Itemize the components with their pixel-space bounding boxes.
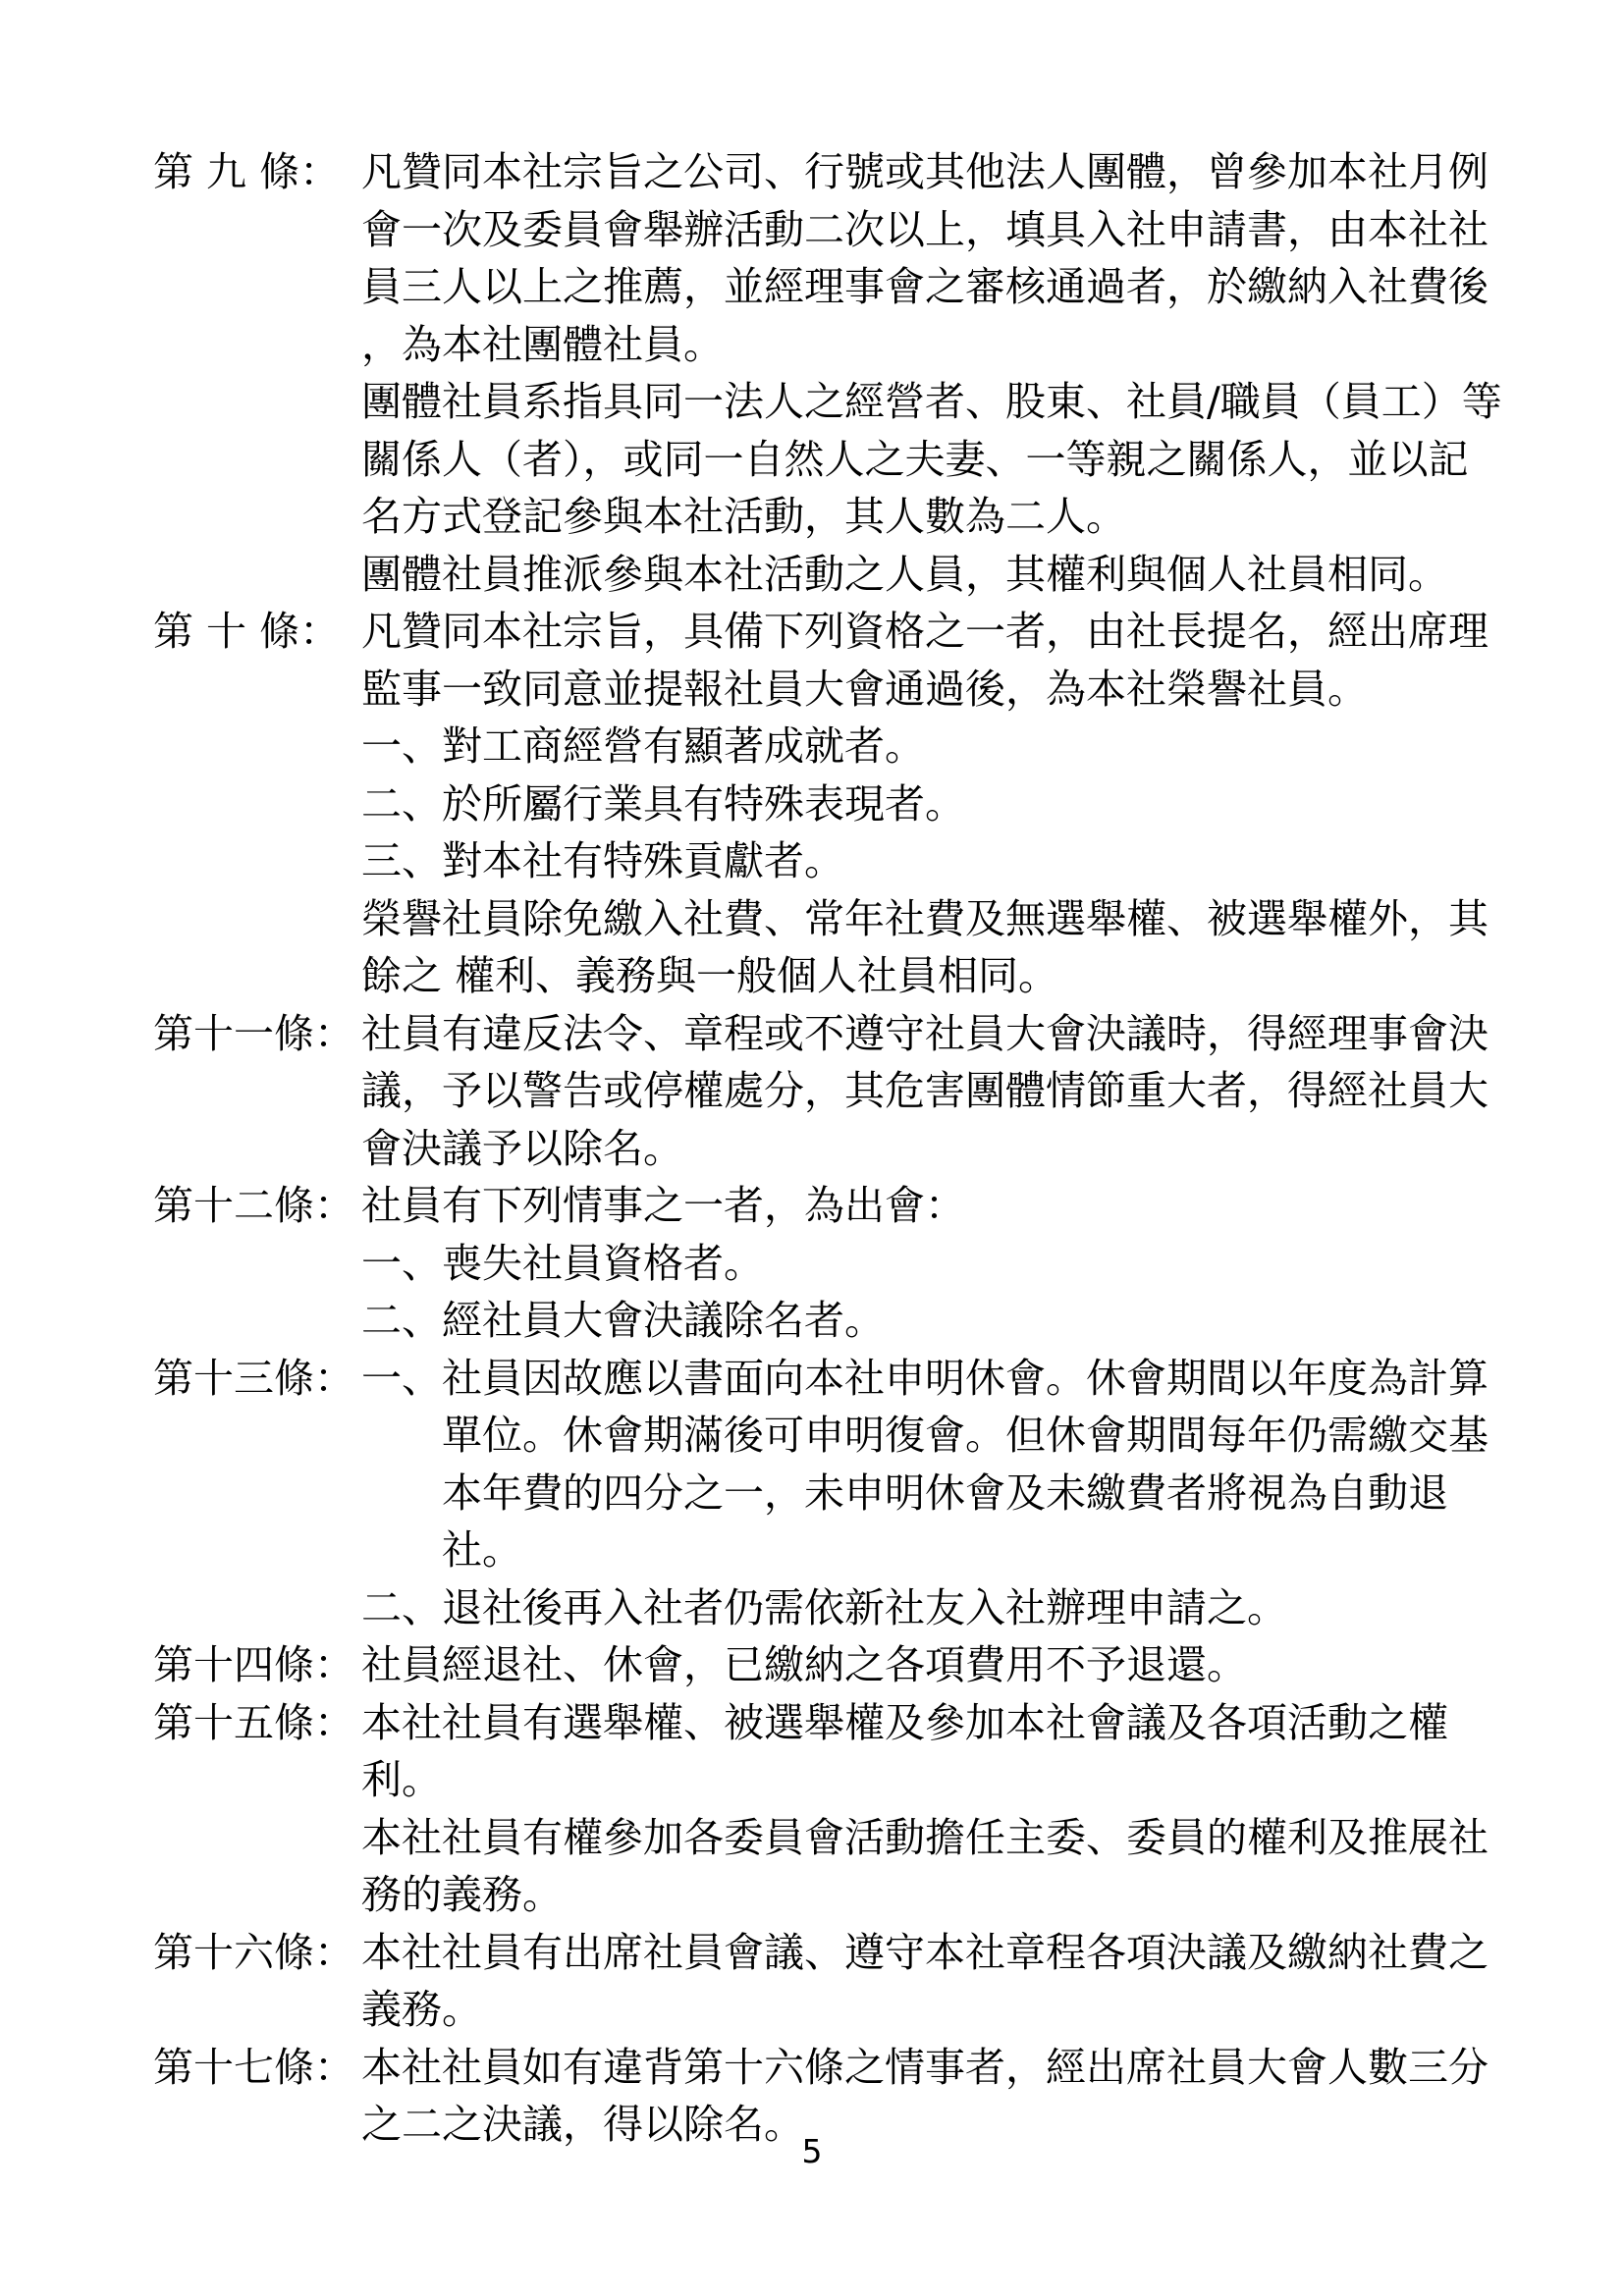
article-label: 第 九 條： — [153, 143, 361, 201]
item-text: 退社後再入社者仍需依新社友入社辦理申請之。 — [442, 1579, 1518, 1637]
item-text: 對本社有特殊貢獻者。 — [442, 832, 1518, 890]
item-marker: 三、 — [361, 832, 442, 890]
article-list-item: 一、社員因故應以書面向本社申明休會。休會期間以年度為計算 單位。休會期滿後可申明… — [361, 1350, 1518, 1579]
article-body: 一、社員因故應以書面向本社申明休會。休會期間以年度為計算 單位。休會期滿後可申明… — [361, 1350, 1518, 1637]
article-body: 社員有下列情事之一者，為出會：一、喪失社員資格者。二、經社員大會決議除名者。 — [361, 1177, 1518, 1350]
article-label: 第十一條： — [153, 1005, 361, 1063]
article-row: 第十二條：社員有下列情事之一者，為出會：一、喪失社員資格者。二、經社員大會決議除… — [153, 1177, 1518, 1350]
article-body: 社員經退社、休會，已繳納之各項費用不予退還。 — [361, 1636, 1518, 1694]
article-row: 第十四條：社員經退社、休會，已繳納之各項費用不予退還。 — [153, 1636, 1518, 1694]
item-marker: 二、 — [361, 1292, 442, 1350]
article-label: 第十四條： — [153, 1636, 361, 1694]
article-list-item: 一、喪失社員資格者。 — [361, 1235, 1518, 1293]
item-text: 於所屬行業具有特殊表現者。 — [442, 775, 1518, 833]
article-body: 社員有違反法令、章程或不遵守社員大會決議時，得經理事會決 議，予以警告或停權處分… — [361, 1005, 1518, 1178]
article-paragraph: 團體社員推派參與本社活動之人員，其權利與個人社員相同。 — [361, 546, 1518, 604]
item-marker: 一、 — [361, 718, 442, 775]
article-row: 第十一條：社員有違反法令、章程或不遵守社員大會決議時，得經理事會決 議，予以警告… — [153, 1005, 1518, 1178]
article-paragraph: 社員經退社、休會，已繳納之各項費用不予退還。 — [361, 1636, 1518, 1694]
item-marker: 二、 — [361, 775, 442, 833]
article-row: 第十五條：本社社員有選舉權、被選舉權及參加本社會議及各項活動之權利。本社社員有權… — [153, 1694, 1518, 1924]
article-row: 第十三條：一、社員因故應以書面向本社申明休會。休會期間以年度為計算 單位。休會期… — [153, 1350, 1518, 1637]
article-body: 凡贊同本社宗旨，具備下列資格之一者，由社長提名，經出席理 監事一致同意並提報社員… — [361, 603, 1518, 1005]
article-list-item: 二、於所屬行業具有特殊表現者。 — [361, 775, 1518, 833]
article-paragraph: 本社社員有出席社員會議、遵守本社章程各項決議及繳納社費之 義務。 — [361, 1924, 1518, 2039]
document-page: 第 九 條：凡贊同本社宗旨之公司、行號或其他法人團體，曾參加本社月例 會一次及委… — [0, 0, 1624, 2296]
article-list-item: 二、經社員大會決議除名者。 — [361, 1292, 1518, 1350]
article-body: 本社社員有出席社員會議、遵守本社章程各項決議及繳納社費之 義務。 — [361, 1924, 1518, 2039]
article-paragraph: 凡贊同本社宗旨，具備下列資格之一者，由社長提名，經出席理 監事一致同意並提報社員… — [361, 603, 1518, 718]
article-paragraph: 榮譽社員除免繳入社費、常年社費及無選舉權、被選舉權外，其 餘之 權利、義務與一般… — [361, 890, 1518, 1005]
article-paragraph: 團體社員系指具同一法人之經營者、股東、社員/職員（員工）等 關係人（者），或同一… — [361, 373, 1518, 546]
article-list-item: 三、對本社有特殊貢獻者。 — [361, 832, 1518, 890]
item-text: 喪失社員資格者。 — [442, 1235, 1518, 1293]
article-row: 第十六條：本社社員有出席社員會議、遵守本社章程各項決議及繳納社費之 義務。 — [153, 1924, 1518, 2039]
article-paragraph: 社員有違反法令、章程或不遵守社員大會決議時，得經理事會決 議，予以警告或停權處分… — [361, 1005, 1518, 1178]
article-label: 第十六條： — [153, 1924, 361, 1982]
item-text: 對工商經營有顯著成就者。 — [442, 718, 1518, 775]
article-paragraph: 本社社員有權參加各委員會活動擔任主委、委員的權利及推展社 務的義務。 — [361, 1809, 1518, 1924]
article-paragraph: 本社社員有選舉權、被選舉權及參加本社會議及各項活動之權利。 — [361, 1694, 1518, 1809]
item-text: 社員因故應以書面向本社申明休會。休會期間以年度為計算 單位。休會期滿後可申明復會… — [442, 1350, 1518, 1579]
article-label: 第十五條： — [153, 1694, 361, 1752]
item-marker: 二、 — [361, 1579, 442, 1637]
article-list-item: 二、退社後再入社者仍需依新社友入社辦理申請之。 — [361, 1579, 1518, 1637]
article-list-item: 一、對工商經營有顯著成就者。 — [361, 718, 1518, 775]
article-row: 第 九 條：凡贊同本社宗旨之公司、行號或其他法人團體，曾參加本社月例 會一次及委… — [153, 143, 1518, 603]
article-label: 第十七條： — [153, 2039, 361, 2097]
article-body: 本社社員有選舉權、被選舉權及參加本社會議及各項活動之權利。本社社員有權參加各委員… — [361, 1694, 1518, 1924]
article-body: 凡贊同本社宗旨之公司、行號或其他法人團體，曾參加本社月例 會一次及委員會舉辦活動… — [361, 143, 1518, 603]
article-row: 第 十 條：凡贊同本社宗旨，具備下列資格之一者，由社長提名，經出席理 監事一致同… — [153, 603, 1518, 1005]
article-paragraph: 凡贊同本社宗旨之公司、行號或其他法人團體，曾參加本社月例 會一次及委員會舉辦活動… — [361, 143, 1518, 373]
item-marker: 一、 — [361, 1235, 442, 1293]
articles-list: 第 九 條：凡贊同本社宗旨之公司、行號或其他法人團體，曾參加本社月例 會一次及委… — [153, 143, 1518, 2154]
item-text: 經社員大會決議除名者。 — [442, 1292, 1518, 1350]
article-label: 第十二條： — [153, 1177, 361, 1235]
article-paragraph: 社員有下列情事之一者，為出會： — [361, 1177, 1518, 1235]
item-marker: 一、 — [361, 1350, 442, 1408]
article-label: 第十三條： — [153, 1350, 361, 1408]
article-label: 第 十 條： — [153, 603, 361, 661]
page-number: 5 — [0, 2132, 1624, 2171]
